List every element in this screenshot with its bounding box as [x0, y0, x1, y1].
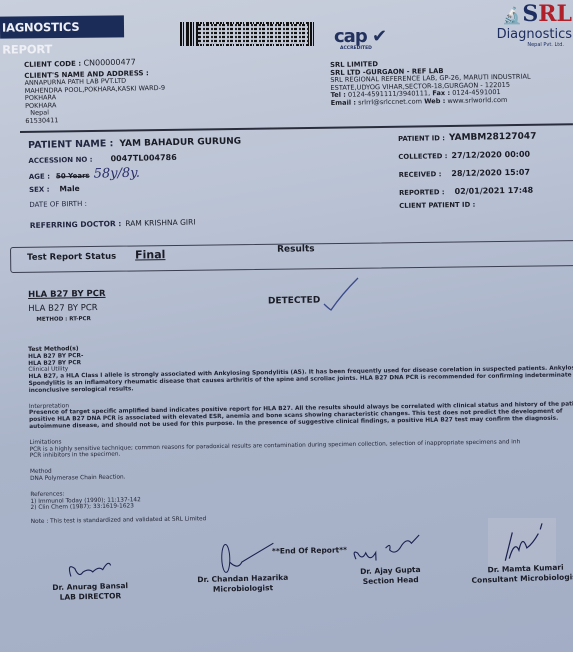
signature-icon: [494, 519, 555, 565]
signatory-section-head: Dr. Ajay Gupta Section Head: [339, 532, 441, 587]
signatory-consultant: Dr. Mamta Kumari Consultant Microbiologi…: [469, 518, 573, 586]
patient-info: PATIENT NAME :YAM BAHADUR GURUNG ACCESSI…: [28, 136, 243, 237]
age-value-struck: 50 Years: [56, 172, 90, 181]
client-patient-id-label: CLIENT PATIENT ID :: [399, 201, 475, 210]
test-result: DETECTED: [268, 296, 320, 307]
srl-logo: 🔬SRL Diagnostics Nepal Pvt. Ltd.: [494, 2, 572, 48]
signature-icon: [349, 533, 430, 568]
reported-label: REPORTED :: [399, 188, 445, 197]
dob-label: DATE OF BIRTH :: [29, 200, 87, 209]
web-label: Web :: [424, 96, 445, 104]
status-badge: Final: [135, 248, 165, 261]
age-label: AGE :: [29, 173, 50, 181]
test-block: HLA B27 BY PCR HLA B27 BY PCR METHOD : R…: [28, 289, 106, 323]
signatory-lab-director: Dr. Anurag Bansal LAB DIRECTOR: [29, 554, 150, 603]
accession-value: 0047TL004786: [110, 153, 176, 163]
client-code-value: CN00000477: [83, 57, 135, 67]
report-status-bar: Test Report Status Final Results: [10, 240, 573, 273]
report-ids: PATIENT ID :YAMBM28127047 COLLECTED :27/…: [398, 132, 538, 220]
cap-accredited-logo: cap ✔ ACCREDITED: [334, 26, 394, 56]
test-title: HLA B27 BY PCR: [28, 289, 106, 300]
patient-id-value: YAMBM28127047: [449, 132, 537, 144]
referring-doctor-value: RAM KRISHNA GIRI: [125, 218, 195, 228]
brand-s: S: [522, 1, 538, 27]
received-label: RECEIVED :: [399, 170, 442, 179]
sex-label: SEX :: [29, 186, 50, 194]
2d-barcode: [198, 24, 308, 44]
cap-logo-text: cap: [334, 26, 367, 47]
reported-value: 02/01/2021 17:48: [455, 186, 534, 196]
signature-icon: [207, 539, 278, 575]
signatory-title: LAB DIRECTOR: [30, 590, 150, 603]
collected-value: 27/12/2020 00:00: [451, 150, 530, 160]
signatory-title: Section Head: [341, 574, 441, 587]
lab-info: SRL LIMITED SRL LTD -GURGAON - REF LAB S…: [330, 59, 531, 107]
status-label: Test Report Status: [27, 252, 116, 263]
accession-label: ACCESSION NO :: [28, 156, 92, 165]
web-link[interactable]: www.srlworld.com: [447, 95, 507, 104]
collected-label: COLLECTED :: [398, 152, 447, 161]
brand-rl: RL: [538, 1, 572, 27]
brand-tagline: Nepal Pvt. Ltd.: [494, 42, 564, 48]
signatory-microbiologist: Dr. Chandan Hazarika Microbiologist: [179, 538, 305, 595]
brand-subtitle: Diagnostics: [494, 28, 572, 42]
address-line: 61530411: [25, 114, 166, 125]
checkmark-badge-icon: ✔: [372, 26, 387, 47]
test-name: HLA B27 BY PCR: [28, 303, 106, 314]
signature-icon: [64, 555, 115, 582]
client-info: CLIENT CODE : CN00000477 CLIENT'S NAME A…: [24, 57, 166, 125]
checkmark-icon: [322, 276, 360, 312]
sex-value: Male: [59, 184, 79, 193]
test-method: METHOD : RT-PCR: [36, 316, 106, 323]
email-label: Email :: [331, 98, 356, 106]
referring-doctor-label: REFERRING DOCTOR :: [30, 219, 122, 230]
email-link[interactable]: srlrrl@srlccnet.com: [358, 97, 422, 106]
microscope-icon: 🔬: [502, 6, 522, 25]
barcode: [180, 22, 315, 46]
age-handwritten: 58y/8y.: [93, 166, 140, 182]
report-banner-title: IAGNOSTICS REPORT: [0, 15, 124, 38]
client-code-label: CLIENT CODE :: [24, 60, 81, 69]
cap-accredited-text: ACCREDITED: [340, 46, 372, 51]
test-notes: Test Method(s) HLA B27 BY PCR- HLA B27 B…: [28, 338, 573, 526]
patient-id-label: PATIENT ID :: [398, 134, 445, 143]
patient-name-value: YAM BAHADUR GURUNG: [119, 137, 241, 150]
received-value: 28/12/2020 15:07: [451, 168, 530, 178]
patient-name-label: PATIENT NAME :: [28, 138, 114, 151]
results-header: Results: [277, 244, 315, 254]
